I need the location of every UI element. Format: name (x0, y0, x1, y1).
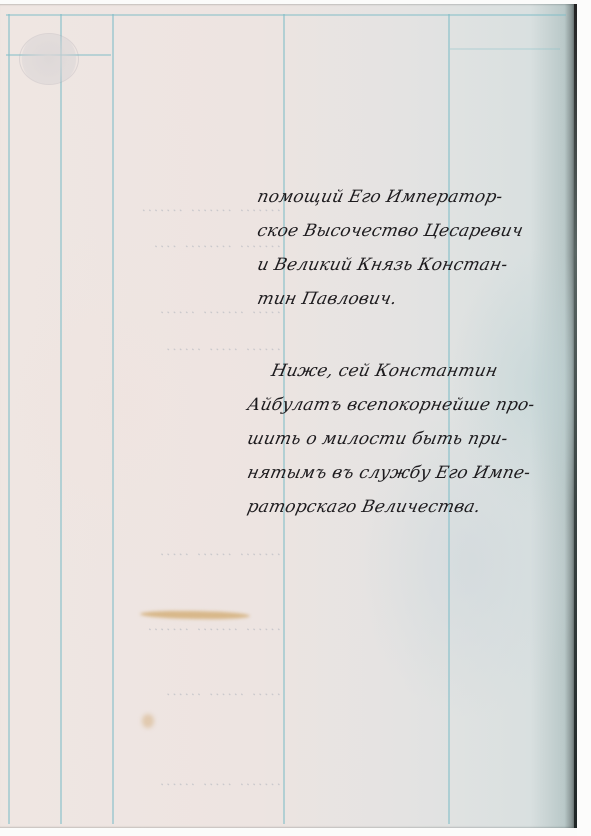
handwritten-line: ское Высочество Цесаревич (254, 214, 581, 248)
embossed-seal-icon (20, 34, 78, 84)
bleed-through-text: ..... ...... ...... (8, 684, 282, 699)
margin-rule-line (8, 14, 10, 824)
handwritten-line: помощий Его Император- (254, 180, 581, 214)
bleed-through-text: ..... ....... ...... (8, 302, 282, 317)
ink-stain (142, 714, 154, 728)
handwritten-line: шить о милости быть при- (244, 422, 571, 456)
margin-rule-line (60, 14, 62, 824)
bleed-through-text: ...... ..... ...... (8, 339, 282, 354)
handwritten-line: Ниже, сей Константин (244, 354, 571, 388)
bleed-through-text: ....... ..... ...... (8, 774, 282, 789)
handwritten-line: раторскаго Величества. (244, 490, 571, 524)
handwritten-paragraph-1: помощий Его Император- ское Высочество Ц… (254, 180, 574, 316)
handwritten-paragraph-2: Ниже, сей Константин Айбулатъ всепокорне… (244, 354, 564, 524)
document-page: ....... ....... ....... ....... ........… (0, 4, 576, 828)
handwritten-line: и Великий Князь Констан- (254, 248, 581, 282)
handwritten-line: тин Павлович. (254, 282, 581, 316)
scan-margin (577, 0, 591, 836)
header-box-rule (450, 48, 560, 50)
bleed-through-text: ....... ....... ....... (8, 200, 282, 215)
margin-rule-line (112, 14, 114, 824)
handwritten-line: Айбулатъ всепокорнейше про- (244, 388, 571, 422)
handwritten-line: нятымъ въ службу Его Импе- (244, 456, 571, 490)
bleed-through-text: ....... ........ .... (8, 236, 282, 251)
bleed-through-text: ...... ....... ....... (8, 619, 282, 634)
top-rule-line (6, 14, 566, 16)
bleed-through-text: ....... ...... ..... (8, 544, 282, 559)
